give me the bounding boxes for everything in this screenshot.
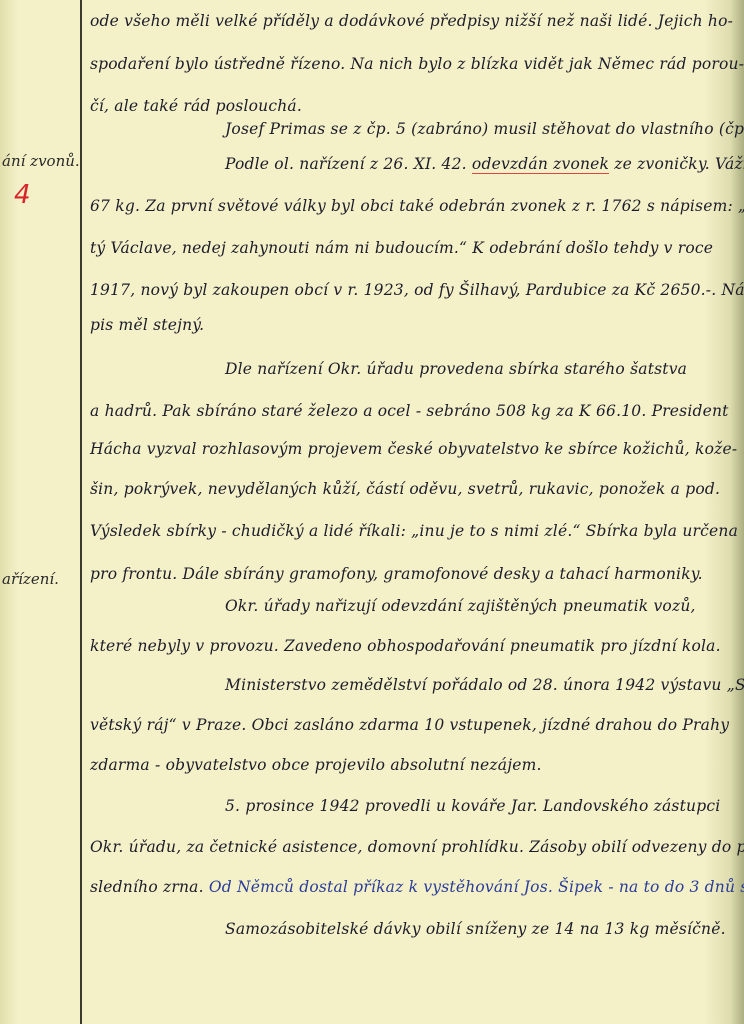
line-text: spodaření bylo ústředně řízeno. Na nich … xyxy=(90,55,744,73)
line-text: 67 kg. Za první světové války byl obci t… xyxy=(90,197,744,215)
text-line: šin, pokrývek, nevydělaných kůží, částí … xyxy=(90,480,730,498)
text-line: Okr. úřadu, za četnické asistence, domov… xyxy=(90,838,730,856)
line-text: Josef Primas se z čp. 5 (zabráno) musil … xyxy=(225,120,744,138)
margin-note: ání zvonů. xyxy=(2,152,80,170)
line-text: zdarma - obyvatelstvo obce projevilo abs… xyxy=(90,756,542,774)
line-text: sledního zrna. xyxy=(90,878,209,896)
text-line: Samozásobitelské dávky obilí sníženy ze … xyxy=(225,920,730,938)
text-line: Josef Primas se z čp. 5 (zabráno) musil … xyxy=(225,120,730,138)
text-line: 67 kg. Za první světové války byl obci t… xyxy=(90,197,730,215)
text-line: Ministerstvo zemědělství pořádalo od 28.… xyxy=(225,676,730,694)
line-text: Hácha vyzval rozhlasovým projevem české … xyxy=(90,440,737,458)
line-text: ode všeho měli velké příděly a dodávkové… xyxy=(90,12,733,30)
text-line: které nebyly v provozu. Zavedeno obhospo… xyxy=(90,637,730,655)
chronicle-page: ání zvonů. 4 ařízení. ode všeho měli vel… xyxy=(0,0,744,1024)
text-line: spodaření bylo ústředně řízeno. Na nich … xyxy=(90,55,730,73)
text-line: Okr. úřady nařizují odevzdání zajištěnýc… xyxy=(225,597,730,615)
line-text: Samozásobitelské dávky obilí sníženy ze … xyxy=(225,920,726,938)
line-text: Dle nařízení Okr. úřadu provedena sbírka… xyxy=(225,360,687,378)
text-line: Podle ol. nařízení z 26. XI. 42. odevzdá… xyxy=(225,155,730,173)
text-line: Dle nařízení Okr. úřadu provedena sbírka… xyxy=(225,360,730,378)
margin-note: ařízení. xyxy=(2,570,59,588)
line-text: Výsledek sbírky - chudičký a lidé říkali… xyxy=(90,522,738,540)
text-line: čí, ale také rád poslouchá. xyxy=(90,97,730,115)
line-text: které nebyly v provozu. Zavedeno obhospo… xyxy=(90,637,721,655)
line-text: čí, ale také rád poslouchá. xyxy=(90,97,302,115)
text-line: tý Václave, nedej zahynouti nám ni budou… xyxy=(90,239,730,257)
margin-rule xyxy=(80,0,82,1024)
text-line: Výsledek sbírky - chudičký a lidé říkali… xyxy=(90,522,730,540)
line-text: 5. prosince 1942 provedli u kováře Jar. … xyxy=(225,797,720,815)
text-line: zdarma - obyvatelstvo obce projevilo abs… xyxy=(90,756,730,774)
text-line: 1917, nový byl zakoupen obcí v r. 1923, … xyxy=(90,281,730,299)
line-text: a hadrů. Pak sbíráno staré železo a ocel… xyxy=(90,402,729,420)
text-line: Hácha vyzval rozhlasovým projevem české … xyxy=(90,440,730,458)
line-text: pis měl stejný. xyxy=(90,316,204,334)
line-text: 1917, nový byl zakoupen obcí v r. 1923, … xyxy=(90,281,744,299)
margin-number-red: 4 xyxy=(14,180,31,210)
line-text: pro frontu. Dále sbírány gramofony, gram… xyxy=(90,565,703,583)
text-line: pro frontu. Dále sbírány gramofony, gram… xyxy=(90,565,730,583)
blue-ink-text: Od Němců dostal příkaz k vystěhování Jos… xyxy=(209,878,744,896)
line-text: Podle ol. nařízení z 26. XI. 42. xyxy=(225,155,472,173)
text-line: sledního zrna. Od Němců dostal příkaz k … xyxy=(90,878,730,896)
text-line: pis měl stejný. xyxy=(90,316,730,334)
text-line: 5. prosince 1942 provedli u kováře Jar. … xyxy=(225,797,730,815)
line-text: Ministerstvo zemědělství pořádalo od 28.… xyxy=(225,676,744,694)
line-text: šin, pokrývek, nevydělaných kůží, částí … xyxy=(90,480,720,498)
line-text: Okr. úřady nařizují odevzdání zajištěnýc… xyxy=(225,597,696,615)
text-line: a hadrů. Pak sbíráno staré železo a ocel… xyxy=(90,402,730,420)
text-line: větský ráj“ v Praze. Obci zasláno zdarma… xyxy=(90,716,730,734)
line-text: Okr. úřadu, za četnické asistence, domov… xyxy=(90,838,744,856)
underlined-text: odevzdán zvonek xyxy=(472,155,609,174)
line-text: tý Václave, nedej zahynouti nám ni budou… xyxy=(90,239,713,257)
line-text: větský ráj“ v Praze. Obci zasláno zdarma… xyxy=(90,716,729,734)
line-text: ze zvoničky. Vážil xyxy=(609,155,744,173)
text-line: ode všeho měli velké příděly a dodávkové… xyxy=(90,12,730,30)
